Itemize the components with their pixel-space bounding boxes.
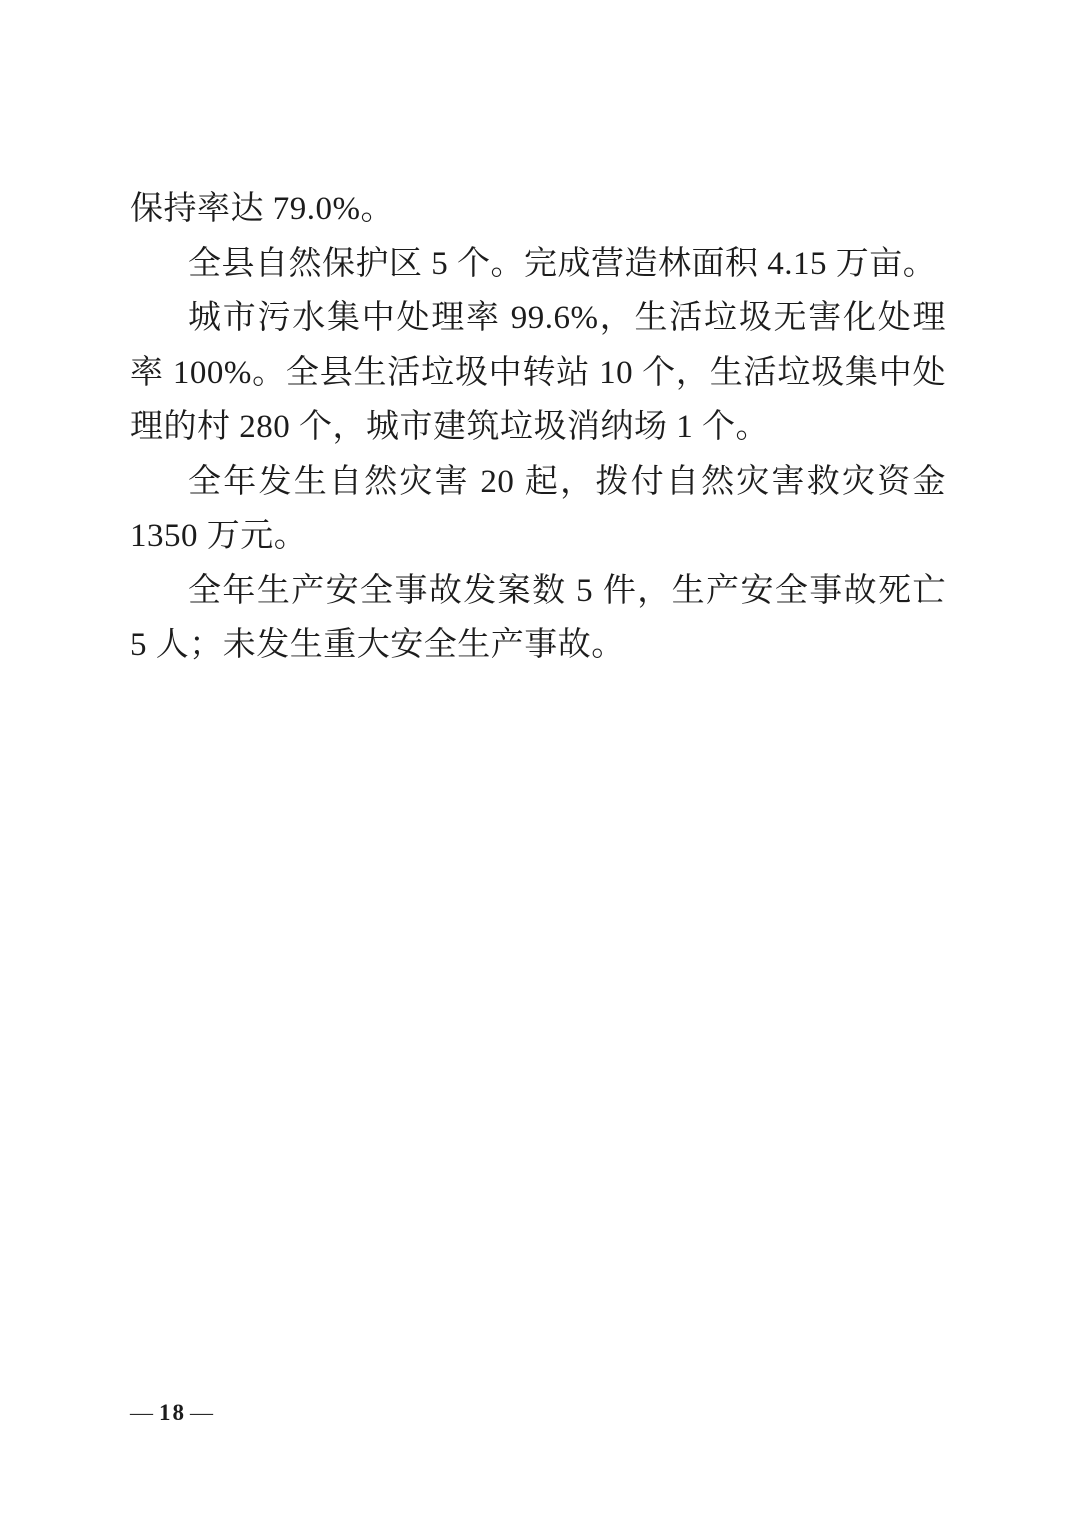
document-page: 保持率达 79.0%。 全县自然保护区 5 个。完成营造林面积 4.15 万亩。… (0, 0, 1074, 1520)
paragraph-water-soil-retention-rate: 保持率达 79.0%。 (130, 182, 946, 237)
paragraph-nature-reserves-afforestation: 全县自然保护区 5 个。完成营造林面积 4.15 万亩。 (130, 237, 946, 292)
page-number: 18 (155, 1400, 190, 1425)
paragraph-sewage-garbage-treatment: 城市污水集中处理率 99.6%，生活垃圾无害化处理率 100%。全县生活垃圾中转… (130, 291, 946, 455)
paragraph-production-safety-accidents: 全年生产安全事故发案数 5 件，生产安全事故死亡 5 人；未发生重大安全生产事故… (130, 564, 946, 673)
page-number-left-dash: — (130, 1400, 155, 1425)
page-number-right-dash: — (190, 1400, 215, 1425)
page-number-footer: —18— (130, 1398, 215, 1428)
page-body-text: 保持率达 79.0%。 全县自然保护区 5 个。完成营造林面积 4.15 万亩。… (130, 182, 946, 673)
paragraph-natural-disasters-relief-funds: 全年发生自然灾害 20 起，拨付自然灾害救灾资金 1350 万元。 (130, 455, 946, 564)
